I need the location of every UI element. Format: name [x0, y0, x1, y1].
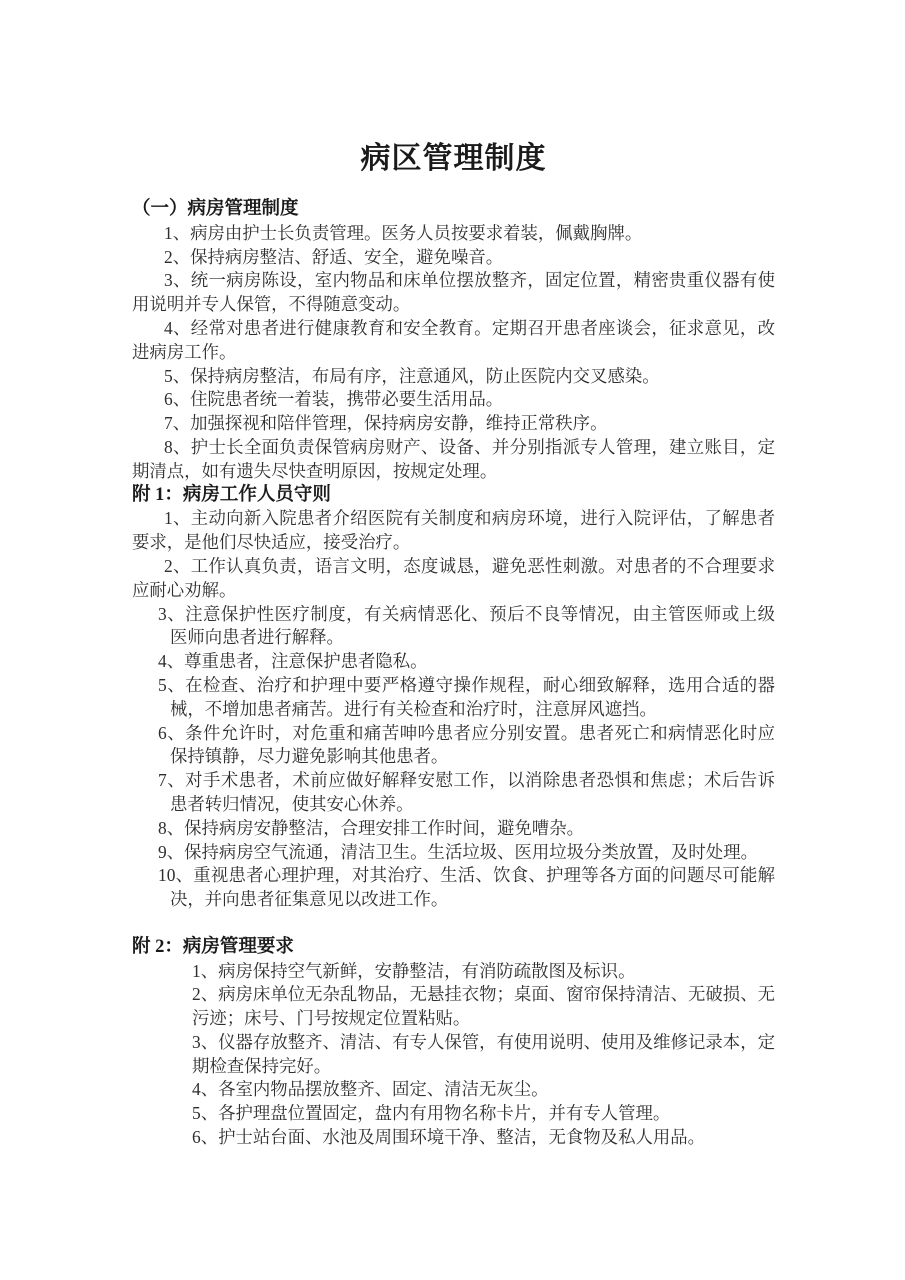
appendix1-heading: 附 1：病房工作人员守则 — [132, 484, 775, 508]
appendix1-item-7: 7、对手术患者，术前应做好解释安慰工作，以消除患者恐惧和焦虑；术后告诉患者转归情… — [132, 769, 775, 817]
appendix1-item-2: 2、工作认真负责，语言文明，态度诚恳，避免恶性刺激。对患者的不合理要求应耐心劝解… — [132, 555, 775, 603]
appendix1-item-6: 6、条件允许时，对危重和痛苦呻吟患者应分别安置。患者死亡和病情恶化时应保持镇静，… — [132, 722, 775, 770]
appendix1-item-9: 9、保持病房空气流通，清洁卫生。生活垃圾、医用垃圾分类放置，及时处理。 — [132, 841, 775, 865]
appendix1-item-5: 5、在检查、治疗和护理中要严格遵守操作规程，耐心细致解释，选用合适的器械，不增加… — [132, 674, 775, 722]
section1-item-7: 7、加强探视和陪伴管理，保持病房安静，维持正常秩序。 — [132, 412, 775, 436]
section1-item-8: 8、护士长全面负责保管病房财产、设备、并分别指派专人管理，建立账目，定期清点，如… — [132, 436, 775, 484]
section1-item-4: 4、经常对患者进行健康教育和安全教育。定期召开患者座谈会，征求意见，改进病房工作… — [132, 317, 775, 365]
section1-item-3: 3、统一病房陈设，室内物品和床单位摆放整齐，固定位置，精密贵重仪器有使用说明并专… — [132, 269, 775, 317]
appendix2-item-3: 3、仪器存放整齐、清洁、有专人保管，有使用说明、使用及维修记录本，定期检查保持完… — [132, 1031, 775, 1079]
section1-heading: （一）病房管理制度 — [132, 198, 775, 222]
document-page: 病区管理制度 （一）病房管理制度 1、病房由护士长负责管理。医务人员按要求着装，… — [0, 0, 905, 1280]
section1-item-1: 1、病房由护士长负责管理。医务人员按要求着装，佩戴胸牌。 — [132, 222, 775, 246]
appendix2-heading: 附 2：病房管理要求 — [132, 936, 775, 960]
appendix2-item-4: 4、各室内物品摆放整齐、固定、清洁无灰尘。 — [132, 1078, 775, 1102]
appendix1-item-1: 1、主动向新入院患者介绍医院有关制度和病房环境，进行入院评估，了解患者要求，是他… — [132, 507, 775, 555]
section1-item-2: 2、保持病房整洁、舒适、安全，避免噪音。 — [132, 246, 775, 270]
appendix2-item-1: 1、病房保持空气新鲜，安静整洁，有消防疏散图及标识。 — [132, 960, 775, 984]
section1-item-5: 5、保持病房整洁，布局有序，注意通风，防止医院内交叉感染。 — [132, 365, 775, 389]
section1-item-6: 6、住院患者统一着装，携带必要生活用品。 — [132, 388, 775, 412]
appendix1-item-10: 10、重视患者心理护理，对其治疗、生活、饮食、护理等各方面的问题尽可能解决，并向… — [132, 864, 775, 912]
appendix2-item-5: 5、各护理盘位置固定，盘内有用物名称卡片，并有专人管理。 — [132, 1102, 775, 1126]
document-title: 病区管理制度 — [132, 138, 775, 180]
appendix1-item-3: 3、注意保护性医疗制度，有关病情恶化、预后不良等情况，由主管医师或上级医师向患者… — [132, 603, 775, 651]
appendix2-item-6: 6、护士站台面、水池及周围环境干净、整洁，无食物及私人用品。 — [132, 1126, 775, 1150]
appendix2-item-2: 2、病房床单位无杂乱物品，无悬挂衣物；桌面、窗帘保持清洁、无破损、无污迹；床号、… — [132, 983, 775, 1031]
appendix1-item-4: 4、尊重患者，注意保护患者隐私。 — [132, 650, 775, 674]
appendix1-item-8: 8、保持病房安静整洁，合理安排工作时间，避免嘈杂。 — [132, 817, 775, 841]
